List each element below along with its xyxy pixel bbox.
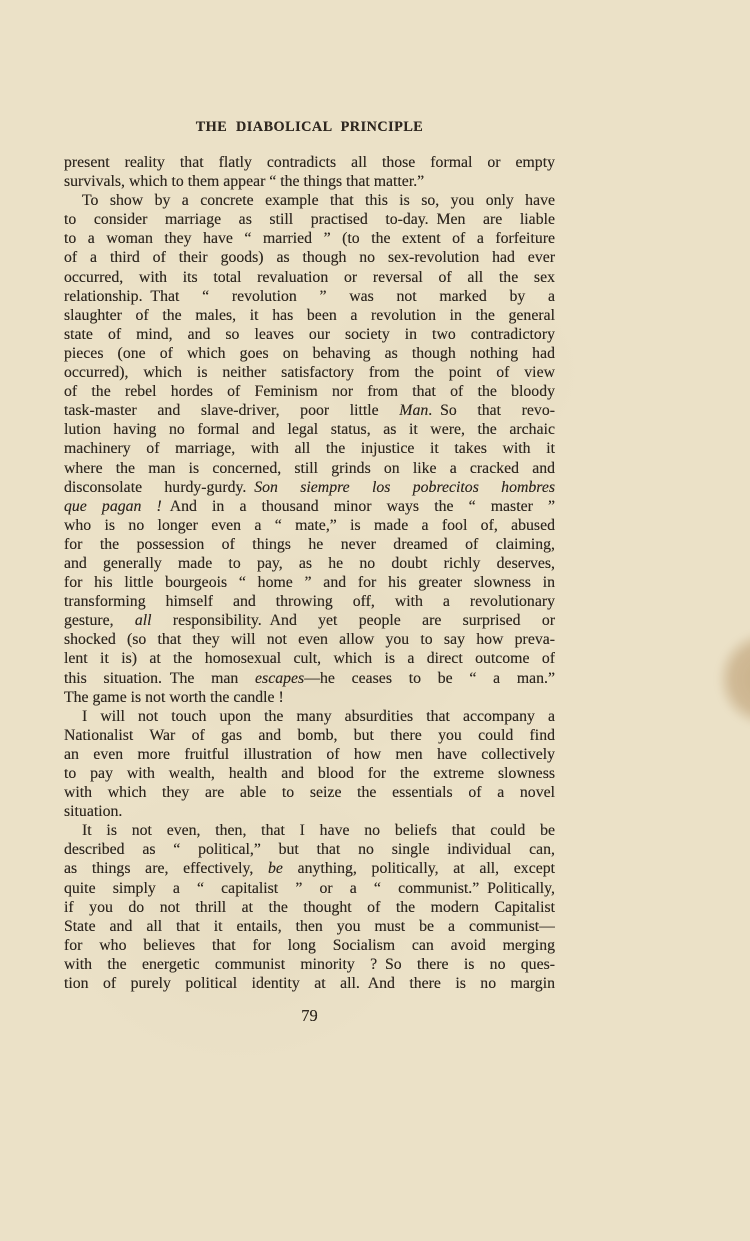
text-line: quite simply a “ capitalist ” or a “ com… <box>64 879 555 898</box>
text-line: Nationalist War of gas and bomb, but the… <box>64 726 555 745</box>
text-line: for his little bourgeois “ home ” and fo… <box>64 573 555 592</box>
text-line: state of mind, and so leaves our society… <box>64 325 555 344</box>
text-line: present reality that flatly contradicts … <box>64 153 555 172</box>
text-line: with which they are able to seize the es… <box>64 783 555 802</box>
paper-stain <box>702 615 750 743</box>
text-line: of the rebel hordes of Feminism nor from… <box>64 382 555 401</box>
text-line: situation. <box>64 802 555 821</box>
text-line: to consider marriage as still practised … <box>64 210 555 229</box>
text-line: lent it is) at the homosexual cult, whic… <box>64 649 555 668</box>
text-line: survivals, which to them appear “ the th… <box>64 172 555 191</box>
text-line: pieces (one of which goes on behaving as… <box>64 344 555 363</box>
text-line: and generally made to pay, as he no doub… <box>64 554 555 573</box>
text-line: machinery of marriage, with all the inju… <box>64 439 555 458</box>
text-line: to pay with wealth, health and blood for… <box>64 764 555 783</box>
text-line: for the possession of things he never dr… <box>64 535 555 554</box>
text-line: an even more fruitful illustration of ho… <box>64 745 555 764</box>
text-line: tion of purely political identity at all… <box>64 974 555 993</box>
text-line: if you do not thrill at the thought of t… <box>64 898 555 917</box>
text-line: with the energetic communist minority ? … <box>64 955 555 974</box>
text-line: State and all that it entails, then you … <box>64 917 555 936</box>
text-line: as things are, effectively, be anything,… <box>64 859 555 878</box>
text-line: lution having no formal and legal status… <box>64 420 555 439</box>
text-line: It is not even, then, that I have no bel… <box>64 821 555 840</box>
running-header: THE DIABOLICAL PRINCIPLE <box>76 119 542 136</box>
text-line: shocked (so that they will not even allo… <box>64 630 555 649</box>
text-line: transforming himself and throwing off, w… <box>64 592 555 611</box>
text-line: relationship. That “ revolution ” was no… <box>64 287 555 306</box>
text-line: for who believes that for long Socialism… <box>64 936 555 955</box>
text-line: of a third of their goods) as though no … <box>64 248 555 267</box>
text-line: gesture, all responsibility. And yet peo… <box>64 611 555 630</box>
text-line: The game is not worth the candle ! <box>64 688 555 707</box>
text-line: To show by a concrete example that this … <box>64 191 555 210</box>
text-line: I will not touch upon the many absurditi… <box>64 707 555 726</box>
text-line: task-master and slave-driver, poor littl… <box>64 401 555 420</box>
page-number: 79 <box>64 1006 555 1026</box>
text-line: this situation. The man escapes—he cease… <box>64 669 555 688</box>
text-line: disconsolate hurdy-gurdy. Son siempre lo… <box>64 478 555 497</box>
text-line: occurred), which is neither satisfactory… <box>64 363 555 382</box>
text-line: slaughter of the males, it has been a re… <box>64 306 555 325</box>
text-line: to a woman they have “ married ” (to the… <box>64 229 555 248</box>
book-page: THE DIABOLICAL PRINCIPLE present reality… <box>0 0 750 1241</box>
text-line: who is no longer even a “ mate,” is made… <box>64 516 555 535</box>
text-line: occurred, with its total revaluation or … <box>64 268 555 287</box>
body-text: present reality that flatly contradicts … <box>64 153 555 993</box>
text-line: where the man is concerned, still grinds… <box>64 459 555 478</box>
text-line: que pagan ! And in a thousand minor ways… <box>64 497 555 516</box>
text-line: described as “ political,” but that no s… <box>64 840 555 859</box>
